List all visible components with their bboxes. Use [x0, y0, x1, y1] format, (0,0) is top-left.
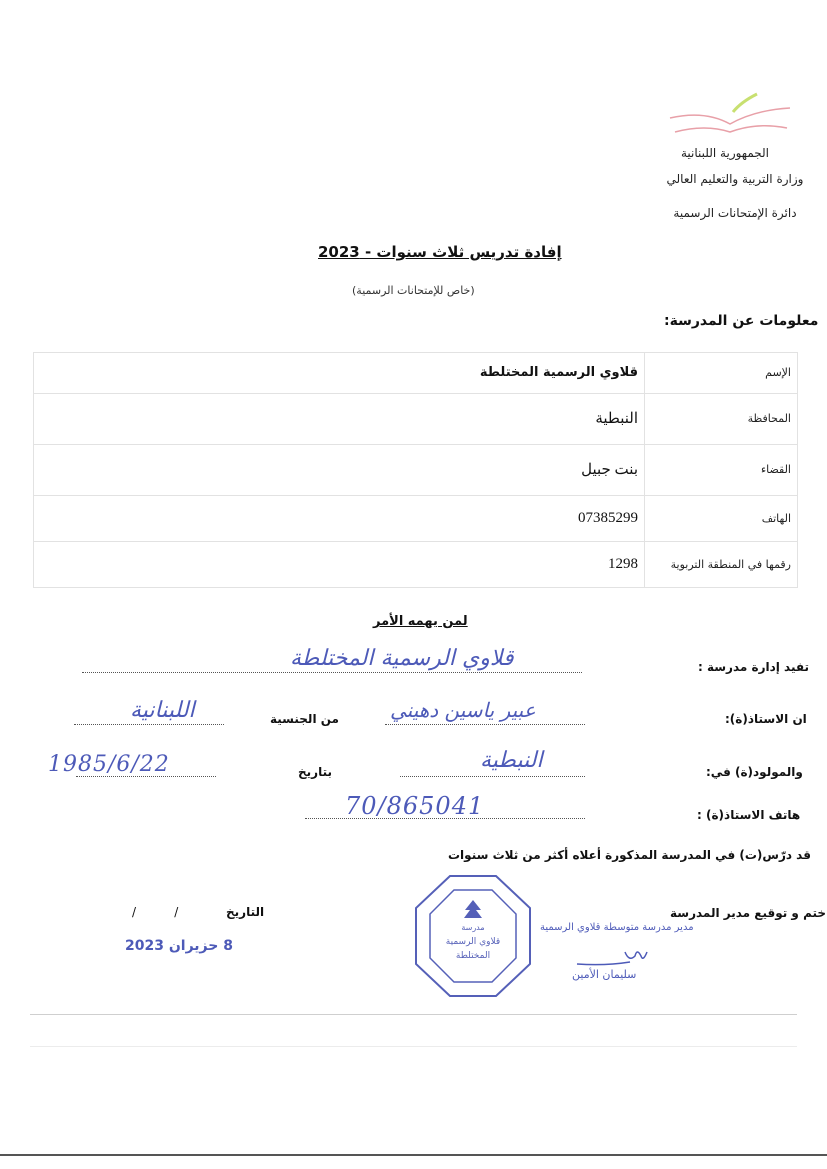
school-admin-field-line — [82, 672, 582, 673]
to-whom-heading: لمن يهمه الأمر — [373, 614, 468, 629]
value-phone: 07385299 — [34, 496, 645, 542]
nationality-label: من الجنسية — [270, 712, 339, 726]
stamp-school: مدرسة — [461, 923, 484, 932]
table-row: الهاتف 07385299 — [34, 496, 798, 542]
value-region-number: 1298 — [34, 541, 645, 587]
school-admin-label: تفيد إدارة مدرسة : — [698, 660, 809, 674]
school-stamp-icon: مدرسة قلاوي الرسمية المختلطة — [412, 872, 534, 1000]
label-governorate: المحافظة — [645, 393, 798, 444]
teacher-phone-label: هاتف الاستاذ(ة) : — [697, 808, 800, 822]
teaching-statement: قد درّس(ت) في المدرسة المذكورة أعلاه أكث… — [448, 848, 811, 862]
teacher-value: عبير ياسين دهيني — [390, 698, 536, 722]
table-row: القضاء بنت جبيل — [34, 444, 798, 495]
label-district: القضاء — [645, 444, 798, 495]
signature-label: ختم و توقيع مدير المدرسة — [670, 906, 826, 920]
label-region-number: رقمها في المنطقة التربوية — [645, 541, 798, 587]
value-name: قلاوي الرسمية المختلطة — [34, 353, 645, 394]
birth-date-value: 1985/6/22 — [48, 752, 170, 777]
teacher-field-line — [385, 724, 585, 725]
header-ministry: وزارة التربية والتعليم العالي — [665, 172, 805, 186]
footer-divider-light — [30, 1046, 797, 1047]
page-bottom-edge — [0, 1154, 827, 1156]
label-phone: الهاتف — [645, 496, 798, 542]
stamp-name-1: قلاوي الرسمية — [446, 937, 500, 947]
nationality-value: اللبنانية — [130, 698, 195, 723]
date-label: التاريخ — [226, 905, 264, 919]
school-section-title: معلومات عن المدرسة: — [664, 313, 818, 329]
school-admin-value: قلاوي الرسمية المختلطة — [290, 646, 514, 671]
school-info-table: الإسم قلاوي الرسمية المختلطة المحافظة ال… — [33, 352, 798, 588]
footer-divider — [30, 1014, 797, 1015]
date-value: 8 حزيران 2023 — [125, 938, 233, 954]
birth-date-label: بتاريخ — [298, 765, 332, 779]
nationality-field-line — [74, 724, 224, 725]
table-row: المحافظة النبطية — [34, 393, 798, 444]
table-row: الإسم قلاوي الرسمية المختلطة — [34, 353, 798, 394]
table-row: رقمها في المنطقة التربوية 1298 — [34, 541, 798, 587]
ministry-logo-icon — [665, 88, 795, 136]
header-department: دائرة الإمتحانات الرسمية — [670, 206, 800, 220]
page-subtitle: (خاص للإمتحانات الرسمية) — [352, 284, 475, 297]
director-title: مدير مدرسة متوسطة قلاوي الرسمية — [540, 922, 694, 933]
date-slashes: / / — [132, 905, 178, 919]
stamp-name-2: المختلطة — [456, 951, 490, 961]
value-governorate: النبطية — [34, 393, 645, 444]
page-title: إفادة تدريس ثلاث سنوات - 2023 — [318, 243, 562, 261]
born-in-field-line — [400, 776, 585, 777]
born-in-value: النبطية — [480, 748, 543, 773]
director-name: سليمان الأمين — [572, 968, 636, 981]
value-district: بنت جبيل — [34, 444, 645, 495]
born-in-label: والمولود(ة) في: — [706, 765, 803, 779]
teacher-phone-value: 70/865041 — [345, 792, 484, 820]
teacher-label: ان الاستاذ(ة): — [725, 712, 807, 726]
label-name: الإسم — [645, 353, 798, 394]
header-republic: الجمهورية اللبنانية — [665, 146, 785, 160]
